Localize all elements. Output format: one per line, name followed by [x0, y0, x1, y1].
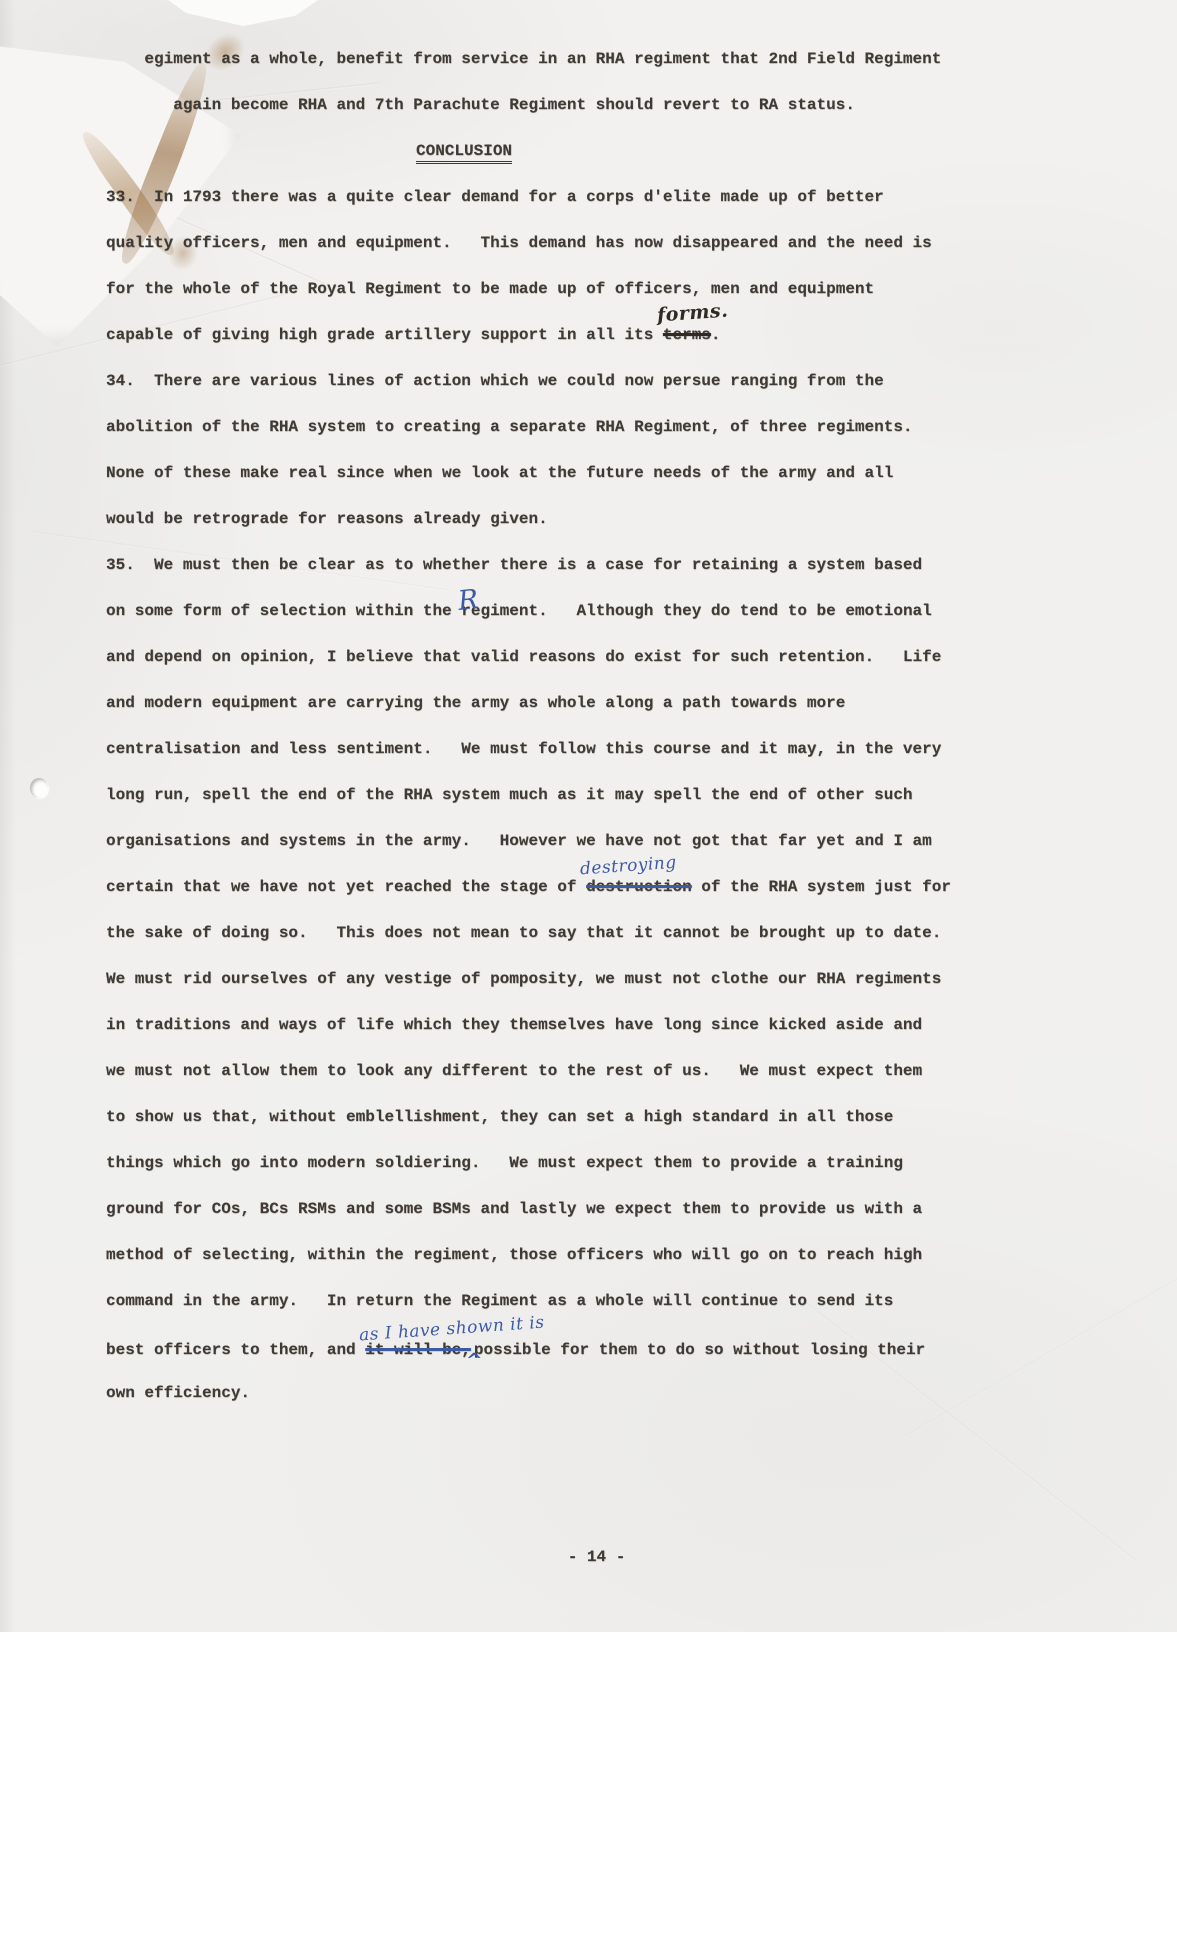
typed-text: ground for COs, BCs RSMs and some BSMs a…: [106, 1200, 922, 1218]
page-number: - 14 -: [0, 1548, 1177, 1566]
typed-line: and depend on opinion, I believe that va…: [106, 634, 951, 680]
typed-text: 33. In 1793 there was a quite clear dema…: [106, 188, 884, 206]
typed-line: again become RHA and 7th Parachute Regim…: [106, 82, 951, 128]
typed-text: to show us that, without emblellishment,…: [106, 1108, 893, 1126]
typed-text: again become RHA and 7th Parachute Regim…: [106, 96, 855, 114]
typed-line: and modern equipment are carrying the ar…: [106, 680, 951, 726]
typed-line: abolition of the RHA system to creating …: [106, 404, 951, 450]
overwritten-word: regimentR: [461, 602, 538, 620]
typed-line: certain that we have not yet reached the…: [106, 864, 951, 910]
typed-text: and modern equipment are carrying the ar…: [106, 694, 845, 712]
typed-line: ground for COs, BCs RSMs and some BSMs a…: [106, 1186, 951, 1232]
typed-text: organisations and systems in the army. H…: [106, 832, 932, 850]
typed-text: possible for them to do so without losin…: [474, 1341, 925, 1359]
typed-text: centralisation and less sentiment. We mu…: [106, 740, 941, 758]
typed-line: organisations and systems in the army. H…: [106, 818, 951, 864]
heading-text: CONCLUSION: [416, 142, 512, 164]
typed-line: quality officers, men and equipment. Thi…: [106, 220, 951, 266]
typed-line: own efficiency.: [106, 1370, 951, 1416]
typed-line: 34. There are various lines of action wh…: [106, 358, 951, 404]
corrected-text: destroyingdestruction: [586, 878, 692, 896]
typed-text: egiment as a whole, benefit from service…: [106, 50, 941, 68]
typed-line: things which go into modern soldiering. …: [106, 1140, 951, 1186]
handwritten-overwrite: R: [457, 586, 480, 615]
typed-line: to show us that, without emblellishment,…: [106, 1094, 951, 1140]
corrected-text: as I have shown it isit will be,: [365, 1341, 471, 1359]
typed-line: 33. In 1793 there was a quite clear dema…: [106, 174, 951, 220]
typed-text: 34. There are various lines of action wh…: [106, 372, 884, 390]
typed-text: long run, spell the end of the RHA syste…: [106, 786, 913, 804]
typed-line: centralisation and less sentiment. We mu…: [106, 726, 951, 772]
document-body: egiment as a whole, benefit from service…: [106, 36, 951, 1416]
typed-line: on some form of selection within the reg…: [106, 588, 951, 634]
typed-line: in traditions and ways of life which the…: [106, 1002, 951, 1048]
struck-text: destruction: [586, 878, 692, 896]
insertion-caret-icon: ^: [466, 1337, 469, 1383]
typed-text: abolition of the RHA system to creating …: [106, 418, 913, 436]
typed-line: egiment as a whole, benefit from service…: [106, 36, 951, 82]
typed-line: None of these make real since when we lo…: [106, 450, 951, 496]
typed-line: method of selecting, within the regiment…: [106, 1232, 951, 1278]
typed-line: best officers to them, and as I have sho…: [106, 1324, 951, 1370]
paper-hole: [30, 778, 48, 798]
typed-line: the sake of doing so. This does not mean…: [106, 910, 951, 956]
typed-text: best officers to them, and: [106, 1341, 365, 1359]
struck-text: terms: [663, 326, 711, 344]
typed-line: would be retrograde for reasons already …: [106, 496, 951, 542]
typed-text: . Although they do tend to be emotional: [538, 602, 932, 620]
scanned-page: egiment as a whole, benefit from service…: [0, 0, 1177, 1939]
typed-text: for the whole of the Royal Regiment to b…: [106, 280, 874, 298]
typed-text: quality officers, men and equipment. Thi…: [106, 234, 932, 252]
typed-text: method of selecting, within the regiment…: [106, 1246, 922, 1264]
typed-text: None of these make real since when we lo…: [106, 464, 893, 482]
typed-line: We must rid ourselves of any vestige of …: [106, 956, 951, 1002]
typed-line: long run, spell the end of the RHA syste…: [106, 772, 951, 818]
typed-text: capable of giving high grade artillery s…: [106, 326, 663, 344]
typed-text: own efficiency.: [106, 1384, 250, 1402]
typed-text: of the RHA system just for: [692, 878, 951, 896]
typed-text: in traditions and ways of life which the…: [106, 1016, 922, 1034]
typed-line: 35. We must then be clear as to whether …: [106, 542, 951, 588]
corrected-text: forms.terms: [663, 326, 711, 344]
typed-text: and depend on opinion, I believe that va…: [106, 648, 941, 666]
typed-text: 35. We must then be clear as to whether …: [106, 556, 922, 574]
typed-text: the sake of doing so. This does not mean…: [106, 924, 941, 942]
handwritten-correction: destroying: [580, 855, 678, 879]
typed-text: we must not allow them to look any diffe…: [106, 1062, 922, 1080]
typed-line: for the whole of the Royal Regiment to b…: [106, 266, 951, 312]
typed-text: command in the army. In return the Regim…: [106, 1292, 893, 1310]
typed-line: we must not allow them to look any diffe…: [106, 1048, 951, 1094]
typed-text: would be retrograde for reasons already …: [106, 510, 548, 528]
typed-line: capable of giving high grade artillery s…: [106, 312, 951, 358]
typed-text: We must rid ourselves of any vestige of …: [106, 970, 941, 988]
typed-text: things which go into modern soldiering. …: [106, 1154, 903, 1172]
typed-text: .: [711, 326, 721, 344]
section-heading: CONCLUSION: [106, 128, 951, 174]
typed-text: on some form of selection within the: [106, 602, 461, 620]
typed-text: certain that we have not yet reached the…: [106, 878, 586, 896]
handwritten-correction: forms.: [656, 302, 728, 326]
